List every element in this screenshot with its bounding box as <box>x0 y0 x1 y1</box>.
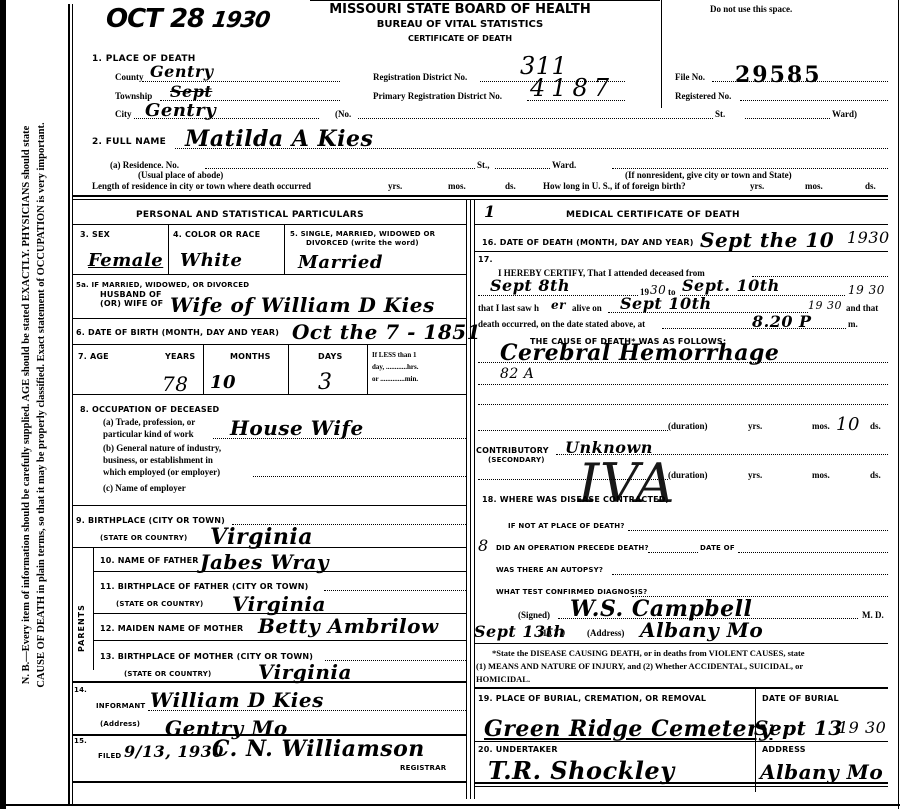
no-label: (No. <box>335 109 351 119</box>
autopsy-label: WAS THERE AN AUTOPSY? <box>496 566 603 574</box>
sex-value: Female <box>88 250 163 271</box>
item-17-label: 17. <box>478 255 493 264</box>
header-section-divider-2 <box>72 199 888 200</box>
race-value: White <box>180 250 242 271</box>
footnote-line-2: (1) MEANS AND NATURE OF INJURY, and (2) … <box>476 661 803 671</box>
duration-mos-label: mos. <box>812 421 830 431</box>
age-years-label: YEARS <box>165 352 195 361</box>
age-months-label: MONTHS <box>230 352 271 361</box>
residence-label: (a) Residence. No. <box>110 160 179 170</box>
marital-value: Married <box>298 252 383 273</box>
race-label: 4. COLOR OR RACE <box>173 230 260 239</box>
side-note-line-2: CAUSE OF DEATH in plain terms, so that i… <box>34 15 49 795</box>
personal-title-line <box>72 224 466 225</box>
primary-registration-label: Primary Registration District No. <box>373 91 502 101</box>
operation-date-field[interactable] <box>738 552 888 553</box>
bureau-title: BUREAU OF VITAL STATISTICS <box>310 19 610 30</box>
m-label: m. <box>848 319 858 329</box>
father-name-label: 10. NAME OF FATHER <box>100 556 199 565</box>
medical-bottom-line <box>474 782 888 784</box>
alive-on-value: Sept 10th <box>620 294 712 313</box>
county-value: Gentry <box>150 62 214 81</box>
signed-address-value: Albany Mo <box>640 618 763 642</box>
medical-margin-mark: 1 <box>484 202 496 221</box>
form-title: CERTIFICATE OF DEATH <box>310 34 610 43</box>
personal-section-title: PERSONAL AND STATISTICAL PARTICULARS <box>136 210 364 220</box>
occupation-label: 8. OCCUPATION OF DECEASED <box>80 405 219 414</box>
age-col-3 <box>367 344 368 394</box>
left-black-margin <box>0 0 6 809</box>
ward-label: Ward) <box>832 109 857 119</box>
registered-no-label: Registered No. <box>675 91 731 101</box>
spouse-label-3: (OR) WIFE OF <box>100 299 163 308</box>
city-label: City <box>115 109 132 119</box>
age-months-value: 10 <box>210 372 236 393</box>
alive-on-year: 19 30 <box>808 299 842 312</box>
sex-race-divider <box>168 224 169 274</box>
registered-no-field[interactable] <box>740 100 888 101</box>
alive-on-label: alive on <box>572 303 602 313</box>
where-contracted-label: 18. WHERE WAS DISEASE CONTRACTED, <box>482 495 669 504</box>
undertaker-value: T.R. Shockley <box>488 756 675 785</box>
footnote-line-1: *State the DISEASE CAUSING DEATH, or in … <box>492 648 805 658</box>
attended-to-year: 19 30 <box>848 283 885 297</box>
less-than-1-label: If LESS than 1 <box>372 351 417 359</box>
received-date-stamp: OCT 28 1930 <box>106 4 269 34</box>
us-mos-label: mos. <box>805 181 823 191</box>
occupation-a-value: House Wife <box>230 416 364 440</box>
duration-ds-label: ds. <box>870 421 881 431</box>
undertaker-address-value: Albany Mo <box>760 760 883 784</box>
informant-value: William D Kies <box>150 688 324 712</box>
nonresident-note: (If nonresident, give city or town and S… <box>625 170 792 180</box>
township-value: Sept <box>170 82 212 101</box>
occupation-b-label-3: which employed (or employer) <box>103 467 220 477</box>
us-ds-label: ds. <box>865 181 876 191</box>
parents-label: PARENTS <box>77 604 86 652</box>
full-name-value: Matilda A Kies <box>185 126 373 152</box>
length-yrs-label: yrs. <box>388 181 402 191</box>
do-not-use-note: Do not use this space. <box>710 4 792 14</box>
undertaker-address-label: ADDRESS <box>762 745 806 754</box>
residence-st-label: St., <box>477 160 490 170</box>
row-line-father <box>93 571 466 572</box>
occupation-a-label-2: particular kind of work <box>103 429 194 439</box>
md-label: M. D. <box>862 610 884 620</box>
row-line-signature <box>474 643 888 644</box>
registrar-label: REGISTRAR <box>400 764 446 772</box>
father-birthplace-city-field[interactable] <box>324 590 466 591</box>
death-occurred-label: death occurred, on the date stated above… <box>478 319 645 329</box>
row-line-mother <box>93 640 466 641</box>
row-line-occupation <box>72 505 466 506</box>
mother-name-label: 12. MAIDEN NAME OF MOTHER <box>100 624 243 633</box>
contributory-sublabel: (SECONDARY) <box>488 456 545 464</box>
header-divider <box>661 0 662 108</box>
agency-title: MISSOURI STATE BOARD OF HEALTH <box>310 2 610 17</box>
contrib-ds-label: ds. <box>870 470 881 480</box>
mother-name-value: Betty Ambrilow <box>258 614 439 638</box>
birthplace-state-label: (STATE OR COUNTRY) <box>100 534 187 542</box>
registrar-signature: C. N. Williamson <box>212 736 425 762</box>
signed-label: (Signed) <box>518 610 550 620</box>
file-no-value: 29585 <box>735 62 822 88</box>
primary-registration-value: 4187 <box>530 74 615 102</box>
length-ds-label: ds. <box>505 181 516 191</box>
filed-value: 9/13, 1930 <box>124 742 224 761</box>
medical-section-title: MEDICAL CERTIFICATE OF DEATH <box>566 210 740 220</box>
column-divider <box>470 199 471 799</box>
length-mos-label: mos. <box>448 181 466 191</box>
age-days-label: DAYS <box>318 352 342 361</box>
duration-field[interactable] <box>478 430 668 431</box>
residence-no-field[interactable] <box>205 168 475 169</box>
date-of-death-value: Sept the 10 <box>700 228 834 252</box>
address-no-field[interactable] <box>358 118 713 119</box>
burial-date-value: Sept 13 <box>754 716 843 740</box>
duration-yrs-label: yrs. <box>748 421 762 431</box>
test-confirmed-label: WHAT TEST CONFIRMED DIAGNOSIS? <box>496 588 647 596</box>
operation-label: DID AN OPERATION PRECEDE DEATH? <box>496 544 649 552</box>
row-line-age <box>72 394 466 395</box>
stamp-year: 1930 <box>210 8 271 33</box>
autopsy-field[interactable] <box>612 574 888 575</box>
filed-label: FILED <box>98 752 121 760</box>
marital-label-2: DIVORCED (write the word) <box>306 239 419 247</box>
attended-from-field[interactable] <box>478 295 638 296</box>
row-line-footnote <box>474 687 888 689</box>
county-label: County <box>115 72 144 82</box>
burial-place-label: 19. PLACE OF BURIAL, CREMATION, OR REMOV… <box>478 694 706 703</box>
margin-stamp-annotation: IVA <box>578 452 675 515</box>
us-yrs-label: yrs. <box>750 181 764 191</box>
age-col-2 <box>288 344 289 394</box>
minutes-label: or ..............min. <box>372 375 418 383</box>
residence-ward-field[interactable] <box>495 168 550 169</box>
informant-address-label: (Address) <box>100 720 140 728</box>
sex-label: 3. SEX <box>80 230 110 239</box>
margin-8-annotation: 8 <box>478 536 489 555</box>
cause-field-2[interactable] <box>478 384 888 385</box>
column-divider-inner <box>474 199 475 799</box>
side-note-line-1: N. B.—Every item of information should b… <box>19 15 34 795</box>
burial-place-value: Green Ridge Cemetery <box>484 716 772 742</box>
row-line-mother-bp <box>72 681 466 683</box>
spouse-label-2: HUSBAND OF <box>100 290 162 299</box>
form-right-border <box>898 0 899 809</box>
dob-label: 6. DATE OF BIRTH (MONTH, DAY AND YEAR) <box>76 328 279 337</box>
footnote-line-3: HOMICIDAL. <box>476 674 530 684</box>
attended-from-value: Sept 8th <box>490 276 570 295</box>
residence-sublabel: (Usual place of abode) <box>138 170 223 180</box>
time-of-death-value: 8.20 P <box>752 312 812 331</box>
race-marital-divider <box>284 224 285 274</box>
length-of-residence-label: Length of residence in city or town wher… <box>92 181 311 191</box>
attended-to-value: Sept. 10th <box>682 276 780 295</box>
date-of-death-label: 16. DATE OF DEATH (MONTH, DAY AND YEAR) <box>482 238 694 247</box>
row-line-burial <box>474 741 888 742</box>
marital-label: 5. SINGLE, MARRIED, WIDOWED OR <box>290 230 435 238</box>
side-instruction-note: N. B.—Every item of information should b… <box>8 0 60 809</box>
header-top-line <box>310 0 660 1</box>
last-saw-pronoun: er <box>551 298 566 312</box>
father-birthplace-state-label: (STATE OR COUNTRY) <box>116 600 203 608</box>
header-section-divider <box>72 195 888 197</box>
contrib-yrs-label: yrs. <box>748 470 762 480</box>
cause-value: Cerebral Hemorrhage <box>500 340 779 366</box>
occupation-b-label-2: business, or establishment in <box>103 455 213 465</box>
signed-address-label: (Address) <box>587 628 624 638</box>
cause-field-3[interactable] <box>478 404 888 405</box>
where-contracted-field[interactable] <box>628 530 888 531</box>
informant-number: 14. <box>74 686 87 694</box>
residence-ward-label: Ward. <box>552 160 576 170</box>
hours-label: day, ............hrs. <box>372 363 418 371</box>
contrib-mos-label: mos. <box>812 470 830 480</box>
filed-number: 15. <box>74 737 87 745</box>
classification-code: 82 A <box>500 366 534 382</box>
date-of-death-year: 1930 <box>847 228 890 247</box>
row-line-birthplace <box>72 547 466 548</box>
duration-label: (duration) <box>668 421 708 431</box>
row-line-dod <box>474 251 888 252</box>
registration-district-label: Registration District No. <box>373 72 467 82</box>
spouse-label-1: 5a. IF MARRIED, WIDOWED, OR DIVORCED <box>76 281 249 289</box>
burial-year: 19 30 <box>838 718 886 737</box>
duration-days-value: 10 <box>836 414 860 435</box>
age-col-1 <box>203 344 204 394</box>
age-days-value: 3 <box>318 370 333 395</box>
birthplace-label: 9. BIRTHPLACE (CITY OR TOWN) <box>76 516 225 525</box>
row-line-dob <box>72 344 466 345</box>
file-no-label: File No. <box>675 72 705 82</box>
personal-right-border <box>466 199 467 799</box>
operation-date-label: DATE OF <box>700 544 735 552</box>
ward-field[interactable] <box>745 118 830 119</box>
age-years-value: 78 <box>162 372 188 396</box>
occupation-a-label-1: (a) Trade, profession, or <box>103 417 195 427</box>
spouse-value: Wife of William D Kies <box>170 293 435 317</box>
form-left-border-inner <box>72 4 73 804</box>
mother-birthplace-state-label: (STATE OR COUNTRY) <box>124 670 211 678</box>
dob-value: Oct the 7 - 1851 <box>292 320 481 344</box>
form-bottom-border <box>0 804 900 806</box>
row-line-sex <box>72 274 466 275</box>
signed-year: , 19 3 0 <box>538 628 565 638</box>
last-saw-label: that I last saw h <box>478 303 539 313</box>
stamp-date: OCT 28 <box>106 4 204 34</box>
how-long-us-label: How long in U. S., if of foreign birth? <box>543 181 686 191</box>
and-that-label: and that <box>846 303 878 313</box>
parents-divider <box>93 547 94 670</box>
medical-title-line <box>474 224 888 225</box>
city-value: Gentry <box>145 100 216 121</box>
nonresident-field[interactable] <box>612 168 888 169</box>
burial-date-label: DATE OF BURIAL <box>762 694 839 703</box>
undertaker-label: 20. UNDERTAKER <box>478 745 558 754</box>
occupation-b-field[interactable] <box>253 476 466 477</box>
form-left-border <box>68 4 70 804</box>
st-label: St. <box>715 109 725 119</box>
informant-label: INFORMANT <box>96 702 145 710</box>
age-label: 7. AGE <box>78 352 109 361</box>
personal-bottom-line <box>72 781 466 783</box>
medical-bottom-line-2 <box>474 786 888 787</box>
occupation-b-label-1: (b) General nature of industry, <box>103 443 221 453</box>
row-line-spouse <box>72 318 466 319</box>
full-name-label: 2. FULL NAME <box>92 137 166 147</box>
contributory-label: CONTRIBUTORY <box>476 446 549 455</box>
operation-field[interactable] <box>648 552 698 553</box>
occupation-c-label: (c) Name of employer <box>103 483 186 493</box>
father-birthplace-label: 11. BIRTHPLACE OF FATHER (CITY OR TOWN) <box>100 582 309 591</box>
if-not-at-place-label: IF NOT AT PLACE OF DEATH? <box>508 522 625 530</box>
